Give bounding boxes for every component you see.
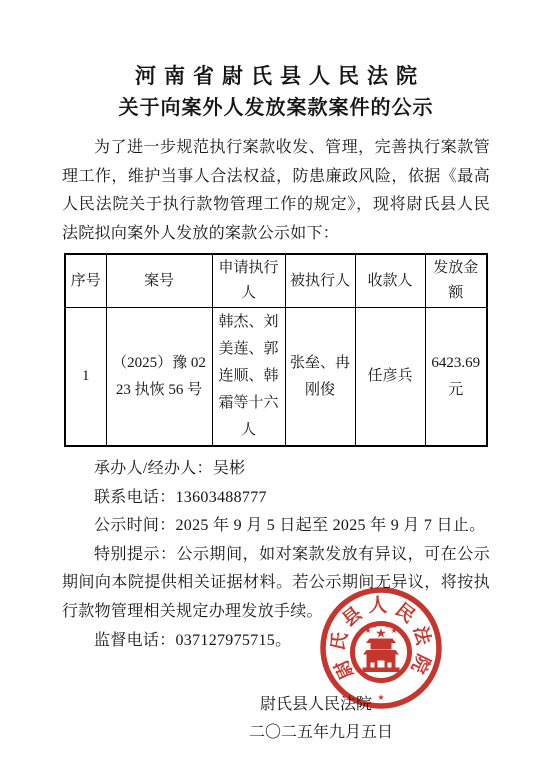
cell-respondents: 张垒、冉刚俊 — [285, 308, 355, 447]
header-applicants: 申请执行人 — [212, 254, 285, 308]
cell-applicants: 韩杰、刘美莲、郭连顺、韩霜等十六人 — [212, 308, 285, 447]
header-seq: 序号 — [65, 254, 106, 308]
notice-title: 关于向案外人发放案款案件的公示 — [0, 94, 552, 122]
cell-payee: 任彦兵 — [355, 308, 425, 447]
publicity-period-line: 公示时间：2025 年 9 月 5 日起至 2025 年 9 月 7 日止。 — [62, 512, 490, 541]
cell-case-number: （2025）豫 0223 执恢 56 号 — [106, 308, 212, 447]
cell-seq: 1 — [65, 308, 106, 447]
document-body: 为了进一步规范执行案款收发、管理，完善执行案款管理工作，维护当事人合法权益，防患… — [0, 134, 552, 747]
header-payee: 收款人 — [355, 254, 425, 308]
table-header-row: 序号 案号 申请执行人 被执行人 收款人 发放金额 — [65, 254, 487, 308]
signature-block: 尉氏县人民法院 二〇二五年九月五日 — [62, 691, 490, 747]
header-case-number: 案号 — [106, 254, 212, 308]
signature-date: 二〇二五年九月五日 — [62, 719, 490, 747]
emblem-small-star-icon: ★ — [391, 626, 398, 635]
cell-amount: 6423.69 元 — [425, 308, 487, 447]
emblem-small-star-icon: ★ — [371, 621, 378, 630]
court-title: 河南省尉氏县人民法院 — [0, 62, 552, 90]
signature-court: 尉氏县人民法院 — [62, 691, 490, 719]
case-table: 序号 案号 申请执行人 被执行人 收款人 发放金额 1 （2025）豫 0223… — [64, 253, 488, 447]
undertaker-line: 承办人/经办人：吴彬 — [62, 455, 490, 484]
intro-paragraph: 为了进一步规范执行案款收发、管理，完善执行案款管理工作，维护当事人合法权益，防患… — [62, 134, 490, 248]
national-emblem-icon: ★ ★ ★ ★ ★ — [353, 621, 410, 681]
header-amount: 发放金额 — [425, 254, 487, 308]
header-respondents: 被执行人 — [285, 254, 355, 308]
document-page: 河南省尉氏县人民法院 关于向案外人发放案款案件的公示 为了进一步规范执行案款收发… — [0, 0, 552, 783]
contact-phone-line: 联系电话：13603488777 — [62, 484, 490, 513]
table-row: 1 （2025）豫 0223 执恢 56 号 韩杰、刘美莲、郭连顺、韩霜等十六人… — [65, 308, 487, 447]
